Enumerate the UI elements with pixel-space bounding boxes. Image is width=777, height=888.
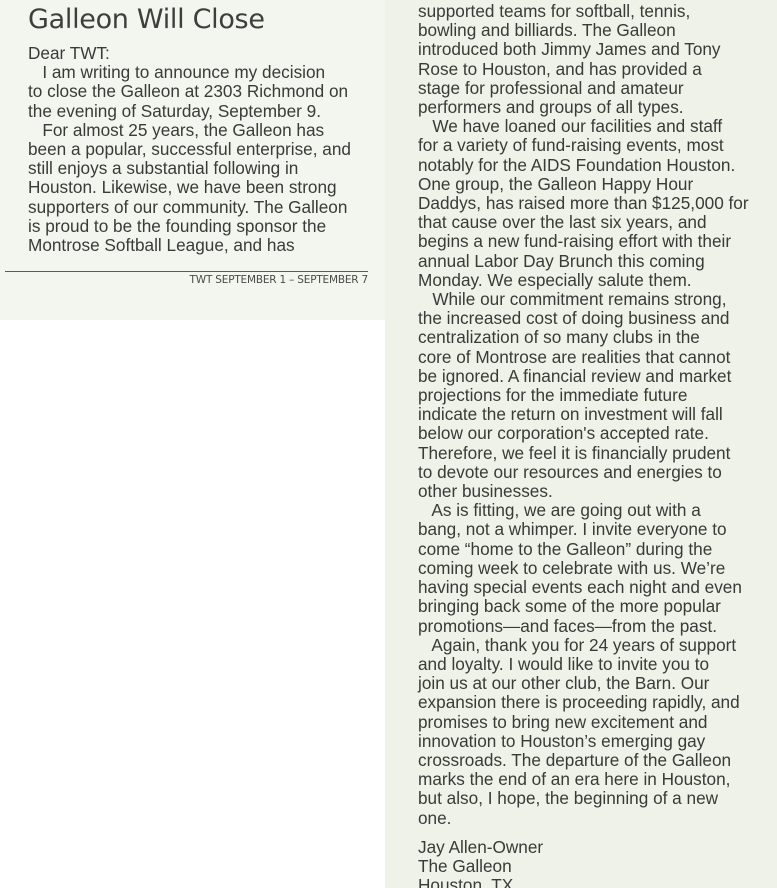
text-line: bowling and billiards. The Galleon xyxy=(418,21,774,40)
text-line: begins a new fund-raising effort with th… xyxy=(418,232,774,251)
text-line: the increased cost of doing business and xyxy=(418,309,774,328)
text-line: introduced both Jimmy James and Tony xyxy=(418,40,774,59)
text-line: Daddys, has raised more than $125,000 fo… xyxy=(418,194,774,213)
text-line: core of Montrose are realities that cann… xyxy=(418,348,774,367)
text-line: the evening of Saturday, September 9. xyxy=(28,102,378,121)
text-line: be ignored. A financial review and marke… xyxy=(418,367,774,386)
text-line: Monday. We especially salute them. xyxy=(418,271,774,290)
text-line: for a variety of fund-raising events, mo… xyxy=(418,136,774,155)
text-line: promotions—and faces—from the past. xyxy=(418,617,774,636)
text-line: notably for the AIDS Foundation Houston. xyxy=(418,156,774,175)
text-line: While our commitment remains strong, xyxy=(418,290,774,309)
text-line: projections for the immediate future xyxy=(418,386,774,405)
text-line: is proud to be the founding sponsor the xyxy=(28,217,378,236)
left-column-text: Dear TWT: I am writing to announce my de… xyxy=(28,44,378,255)
text-line: One group, the Galleon Happy Hour xyxy=(418,175,774,194)
text-line: innovation to Houston’s emerging gay xyxy=(418,732,774,751)
text-line: to close the Galleon at 2303 Richmond on xyxy=(28,82,378,101)
text-line: marks the end of an era here in Houston, xyxy=(418,770,774,789)
text-line: below our corporation's accepted rate. xyxy=(418,424,774,443)
text-line: I am writing to announce my decision xyxy=(28,63,378,82)
text-line: supporters of our community. The Galleon xyxy=(28,198,378,217)
text-line: to devote our resources and energies to xyxy=(418,463,774,482)
text-line: crossroads. The departure of the Galleon xyxy=(418,751,774,770)
text-line: that cause over the last six years, and xyxy=(418,213,774,232)
text-line: Again, thank you for 24 years of support xyxy=(418,636,774,655)
page-folio: TWT SEPTEMBER 1 – SEPTEMBER 7 xyxy=(175,274,368,286)
text-line: other businesses. xyxy=(418,482,774,501)
text-line: performers and groups of all types. xyxy=(418,98,774,117)
right-column-text: supported teams for softball, tennis, bo… xyxy=(418,2,774,888)
text-line: join us at our other club, the Barn. Our xyxy=(418,674,774,693)
text-line: promises to bring new excitement and xyxy=(418,713,774,732)
signature-location: Houston, TX xyxy=(418,876,774,888)
text-line: Therefore, we feel it is financially pru… xyxy=(418,444,774,463)
text-line: Montrose Softball League, and has xyxy=(28,236,378,255)
text-line: one. xyxy=(418,809,774,828)
text-line: indicate the return on investment will f… xyxy=(418,405,774,424)
text-line: and loyalty. I would like to invite you … xyxy=(418,655,774,674)
headline: Galleon Will Close xyxy=(28,4,265,35)
signature-name: Jay Allen-Owner xyxy=(418,838,774,857)
text-line: stage for professional and amateur xyxy=(418,79,774,98)
text-line: having special events each night and eve… xyxy=(418,578,774,597)
text-line: come “home to the Galleon” during the xyxy=(418,540,774,559)
text-line: bang, not a whimper. I invite everyone t… xyxy=(418,520,774,539)
divider-rule xyxy=(5,271,368,272)
text-line: annual Labor Day Brunch this coming xyxy=(418,252,774,271)
text-line: been a popular, successful enterprise, a… xyxy=(28,140,378,159)
text-line: supported teams for softball, tennis, xyxy=(418,2,774,21)
text-line: Dear TWT: xyxy=(28,44,378,63)
signature-block: Jay Allen-Owner The Galleon Houston, TX xyxy=(418,838,774,888)
text-line: Houston. Likewise, we have been strong xyxy=(28,178,378,197)
text-line: bringing back some of the more popular xyxy=(418,597,774,616)
text-line: centralization of so many clubs in the xyxy=(418,328,774,347)
text-line: We have loaned our facilities and staff xyxy=(418,117,774,136)
text-line: As is fitting, we are going out with a xyxy=(418,501,774,520)
signature-business: The Galleon xyxy=(418,857,774,876)
text-line: coming week to celebrate with us. We’re xyxy=(418,559,774,578)
left-clipping: Galleon Will Close Dear TWT: I am writin… xyxy=(0,0,385,320)
text-line: For almost 25 years, the Galleon has xyxy=(28,121,378,140)
text-line: still enjoys a substantial following in xyxy=(28,159,378,178)
text-line: but also, I hope, the beginning of a new xyxy=(418,789,774,808)
text-line: Rose to Houston, and has provided a xyxy=(418,60,774,79)
text-line: expansion there is proceeding rapidly, a… xyxy=(418,693,774,712)
